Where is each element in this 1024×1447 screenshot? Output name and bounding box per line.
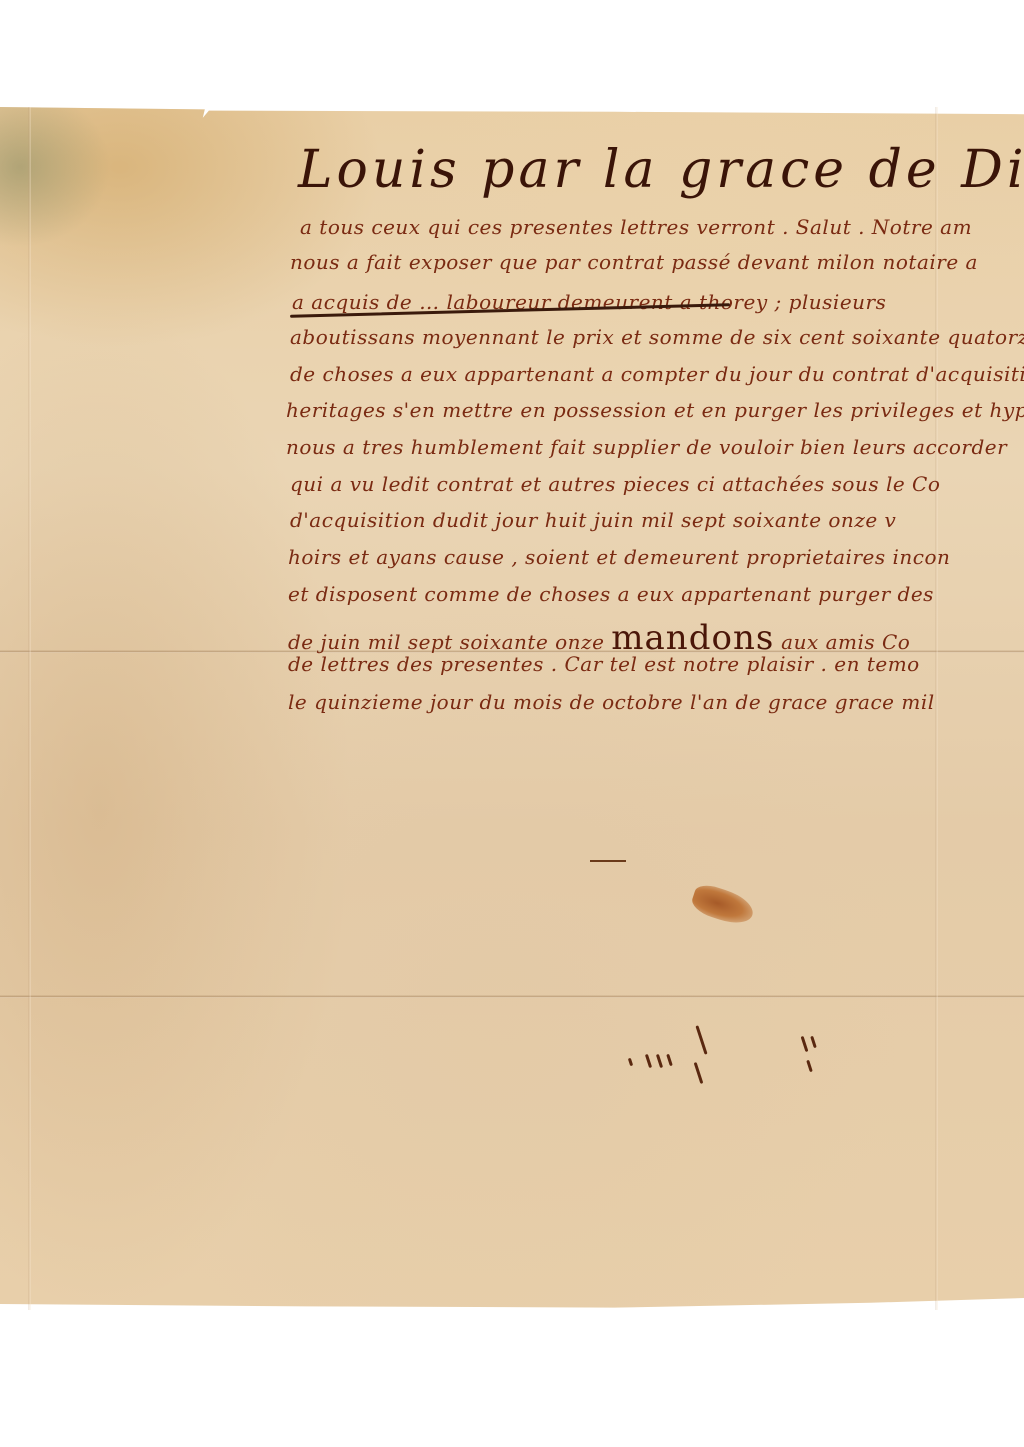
text-line-6: heritages s'en mettre en possession et e… (286, 398, 1024, 422)
text-line-12-start: de juin mil sept soixante onze (288, 630, 604, 654)
text-line-11: et disposent comme de choses a eux appar… (288, 582, 934, 606)
text-line-3: a acquis de … laboureur demeurent a thor… (292, 290, 886, 314)
fold-line-horizontal (0, 995, 1024, 998)
fold-line-vertical (28, 107, 31, 1310)
text-line-12-tail: aux amis Co (781, 630, 910, 654)
text-line-2: nous a fait exposer que par contrat pass… (290, 250, 978, 274)
text-line-13: de lettres des presentes . Car tel est n… (288, 652, 920, 676)
text-line-1: a tous ceux qui ces presentes lettres ve… (300, 215, 972, 239)
text-line-7: nous a tres humblement fait supplier de … (286, 435, 1007, 459)
text-line-8: qui a vu ledit contrat et autres pieces … (290, 472, 940, 496)
document-heading: Louis par la grace de Dieu (298, 140, 1024, 200)
text-line-4: aboutissans moyennant le prix et somme d… (290, 325, 1024, 349)
fold-line-vertical (935, 107, 938, 1310)
text-line-10: hoirs et ayans cause , soient et demeure… (288, 545, 950, 569)
text-line-14: le quinzieme jour du mois de octobre l'a… (288, 690, 935, 714)
text-line-9: d'acquisition dudit jour huit juin mil s… (290, 508, 896, 532)
text-line-5: de choses a eux appartenant a compter du… (290, 362, 1024, 386)
ink-dash-mark (590, 860, 626, 862)
